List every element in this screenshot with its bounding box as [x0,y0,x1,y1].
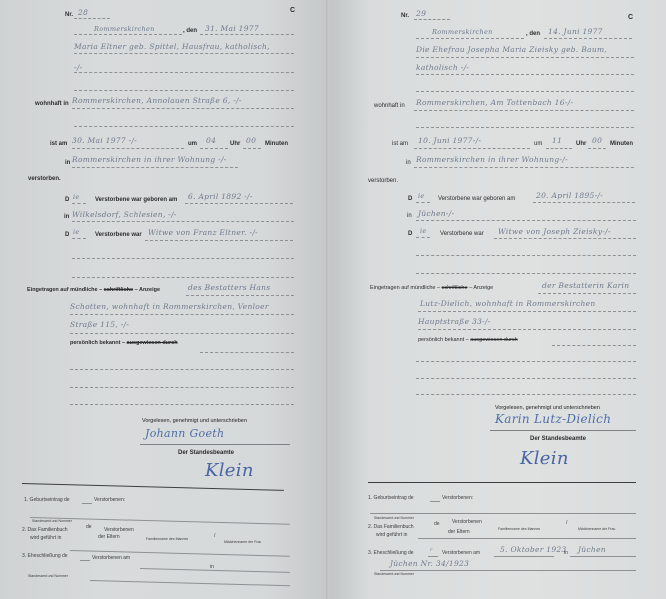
marriage-place: Jüchen [578,545,606,554]
caption-wife: Mädchenname der Frau [224,540,261,544]
birth-date: 6. April 1892 -/- [188,192,253,201]
marital-status: Witwe von Franz Eltner. -/- [148,228,258,237]
marital-status: Witwe von Joseph Zieisky-/- [498,227,611,236]
footer-item-2-parents: der Eltern [98,534,120,540]
registry-place: Rommerskirchen [94,25,155,33]
verstorben-label: verstorben. [28,176,61,182]
deceased-line-2: katholisch -/- [416,63,469,72]
death-date-label: ist am [50,141,67,147]
uhr-label: Uhr [576,141,586,147]
record-number: 28 [78,8,88,17]
caption-registry-2: Standesamt und Nummer [28,574,68,578]
identification-label: persönlich bekannt – ausgewiesen durch [70,340,178,346]
status-label: Verstorbene war [95,232,142,238]
footer-item-1: 1. Geburtseintrag de [368,495,414,501]
footer-item-3-de-suffix: r [430,547,433,553]
footer-item-2-deceased: Verstorbenen [104,527,134,533]
informant-line-3: Hauptstraße 33-/- [418,317,491,326]
registrar-label: Der Standesbeamte [178,450,234,456]
registrar-signature: Klein [520,448,569,469]
footer-item-2-de: de [86,524,92,530]
informant-line-1: des Bestatters Hans [188,283,270,292]
caption-husband: Familienname des Mannes [146,537,188,541]
registry-place: Rommerskirchen [432,28,493,36]
footer-item-3-suffix: Verstorbenen am [92,555,130,561]
status-ie: ie [420,227,427,235]
status-label: Verstorbene war [440,231,484,237]
left-page-death-record-28: Nr. 28 C Rommerskirchen , den 31. Mai 19… [0,0,330,599]
verstorben-label: verstorben. [368,178,398,184]
birth-date-label: Verstorbene war geboren am [438,196,515,202]
status-d-label: D [408,231,412,237]
birth-place: Wilkelsdorf, Schlesien, -/- [72,210,177,219]
identification-label: persönlich bekannt – ausgewiesen durch [418,337,518,343]
marriage-registry: Jüchen Nr. 34/1923 [390,559,469,568]
den-label: , den [526,31,540,37]
footer-item-2: 2. Das Familienbuch [22,527,68,533]
nr-label: Nr. [401,13,409,19]
residence-value: Rommerskirchen, Am Tottenbach 16-/- [416,98,573,107]
footer-item-3-in: in [564,550,568,556]
caption-registry: Standesamt und Nummer [32,519,72,523]
caption-wife: Mädchenname der Frau [578,527,615,531]
registry-date: 31. Mai 1977 [205,24,259,33]
birth-d-label: D [65,197,69,203]
um-label: um [534,141,542,147]
death-date-label: ist am [392,141,408,147]
registry-date: 14. Juni 1977 [548,27,603,36]
uhr-label: Uhr [230,141,240,147]
birth-place-label: in [64,214,69,220]
read-approved-label: Vorgelesen, genehmigt und unterschrieben [495,405,600,411]
death-place: Rommerskirchen in ihrer Wohnung -/- [72,155,227,164]
birth-d-label: D [408,196,412,202]
footer-slash: / [566,520,567,526]
right-page-death-record-29: Nr. 29 C Rommerskirchen , den 14. Juni 1… [330,0,666,599]
death-place-label: in [406,160,411,166]
marriage-date: 5. Oktober 1923 [500,545,567,554]
informant-line-2: Schotten, wohnhaft in Rommerskirchen, Ve… [70,302,269,311]
deceased-name-line: Maria Eltner geb. Spittel, Hausfrau, kat… [74,42,270,51]
record-number: 29 [416,9,426,18]
deceased-line-2: -/- [74,63,83,72]
footer-slash: / [214,533,215,539]
death-place: Rommerskirchen in ihrer Wohnung-/- [416,155,568,164]
footer-item-2-line2: wird geführt in [376,532,407,538]
death-date: 10. Juni 1977-/- [418,136,481,145]
read-approved-label: Vorgelesen, genehmigt und unterschrieben [142,418,247,424]
birth-place-label: in [407,213,412,219]
report-label: Eingetragen auf mündliche – schriftliche… [27,287,160,293]
informant-line-3: Straße 115, -/- [70,320,129,329]
death-place-label: in [65,160,70,166]
footer-item-1-suffix: Verstorbenen: [442,495,473,501]
death-minutes: 00 [246,136,256,145]
corner-letter: C [290,7,295,14]
footer-item-3: 3. Eheschließung de [368,550,414,556]
footer-item-2-de: de [434,521,440,527]
footer-item-2-deceased: Verstorbenen [452,519,482,525]
registrar-signature: Klein [205,460,254,481]
birth-ie: ie [418,192,425,200]
um-label: um [188,141,197,147]
death-date: 30. Mai 1977 -/- [72,136,137,145]
minuten-label: Minuten [610,141,633,147]
death-hour: 04 [206,136,216,145]
corner-letter: C [628,14,633,21]
nr-label: Nr. [65,12,73,18]
status-d-label: D [65,232,69,238]
minuten-label: Minuten [265,141,288,147]
death-minutes: 00 [592,136,602,145]
footer-item-2: 2. Das Familienbuch [368,524,414,530]
birth-place: Jüchen-/- [418,209,454,218]
footer-item-2-line2: wird geführt in [30,535,61,541]
birth-date: 20. April 1895-/- [536,191,603,200]
footer-item-1-suffix: Verstorbenen: [94,497,125,503]
deceased-name-line: Die Ehefrau Josepha Maria Zieisky geb. B… [416,45,607,54]
informant-line-2: Lutz-Dielich, wohnhaft in Rommerskirchen [420,299,596,308]
den-label: , den [183,28,197,34]
residence-label: wohnhaft in [35,101,69,107]
footer-item-2-parents: der Eltern [448,529,470,535]
caption-husband: Familienname des Mannes [498,527,540,531]
informant-signature: Karin Lutz-Dielich [495,412,611,426]
report-label: Eingetragen auf mündliche – schriftliche… [370,285,493,291]
registrar-label: Der Standesbeamte [530,436,586,442]
birth-date-label: Verstorbene war geboren am [95,197,177,203]
informant-signature: Johann Goeth [145,427,224,440]
footer-item-1: 1. Geburtseintrag de [24,497,70,503]
footer-item-3: 3. Eheschließung de [22,553,68,559]
informant-line-1: der Bestatterin Karin [542,281,629,290]
caption-registry-2: Standesamt und Nummer [374,572,414,576]
residence-value: Rommerskirchen, Annolauen Straße 6, -/- [72,96,242,105]
death-hour: 11 [552,136,562,145]
status-ie: ie [73,228,80,236]
residence-label: wohnhaft in [374,103,405,109]
caption-registry: Standesamt und Nummer [374,516,414,520]
birth-ie: ie [73,193,80,201]
footer-item-3-suffix: Verstorbenen am [442,550,480,556]
